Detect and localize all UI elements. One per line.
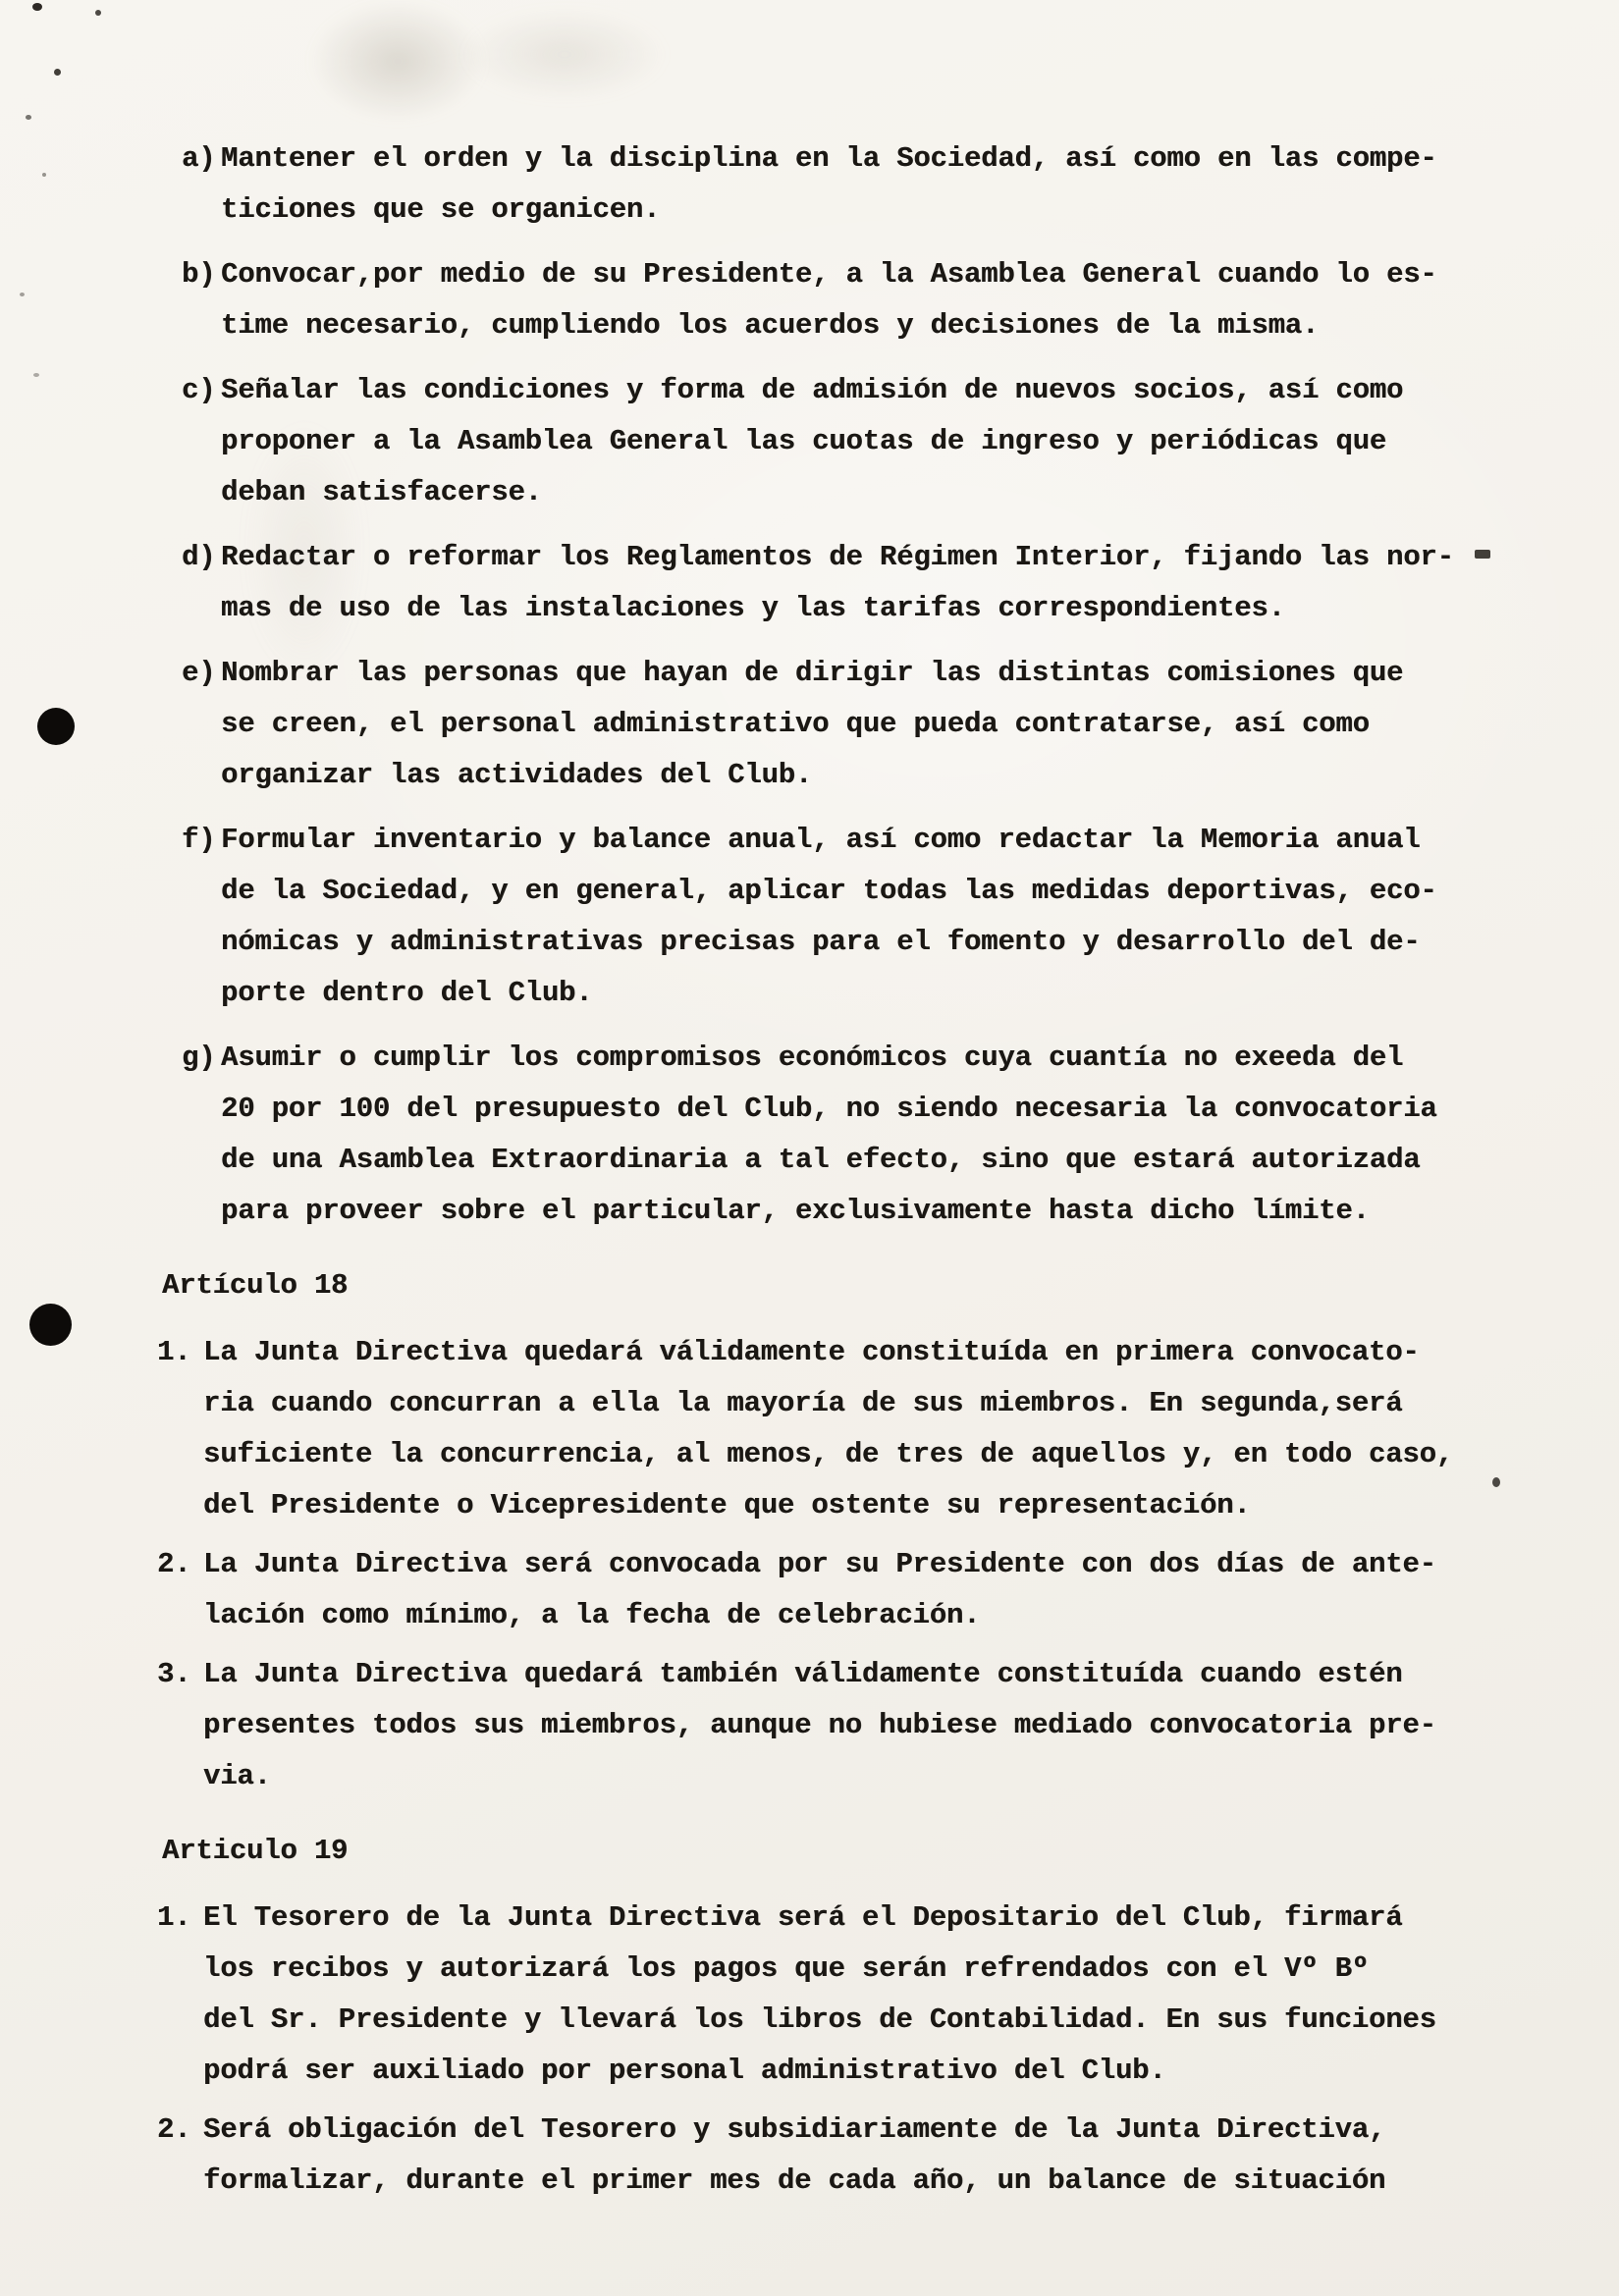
list-item: 1.La Junta Directiva quedará válidamente… xyxy=(0,1327,1619,1531)
item-label: g) xyxy=(182,1033,221,1084)
text-line: organizar las actividades del Club. xyxy=(221,750,1403,801)
text-line: formalizar, durante el primer mes de cad… xyxy=(203,2156,1385,2207)
text-line: time necesario, cumpliendo los acuerdos … xyxy=(221,300,1437,351)
list-item: 3.La Junta Directiva quedará también vál… xyxy=(0,1649,1619,1802)
list-item: e)Nombrar las personas que hayan de diri… xyxy=(0,648,1619,801)
document-page: a)Mantener el orden y la disciplina en l… xyxy=(0,0,1619,2296)
item-label: a) xyxy=(182,133,221,185)
item-label: 2. xyxy=(157,1539,203,1590)
item-label: c) xyxy=(182,365,221,416)
text-line: Asumir o cumplir los compromisos económi… xyxy=(221,1033,1437,1084)
text-line: Convocar,por medio de su Presidente, a l… xyxy=(221,249,1437,300)
item-body: Redactar o reformar los Reglamentos de R… xyxy=(221,532,1454,634)
text-line: Señalar las condiciones y forma de admis… xyxy=(221,365,1403,416)
list-item: 1.El Tesorero de la Junta Directiva será… xyxy=(0,1893,1619,2097)
text-line: los recibos y autorizará los pagos que s… xyxy=(203,1944,1436,1995)
list-item: f)Formular inventario y balance anual, a… xyxy=(0,815,1619,1019)
text-line: podrá ser auxiliado por personal adminis… xyxy=(203,2046,1436,2097)
text-line: del Sr. Presidente y llevará los libros … xyxy=(203,1995,1436,2046)
text-line: del Presidente o Vicepresidente que oste… xyxy=(203,1480,1453,1531)
text-line: La Junta Directiva quedará válidamente c… xyxy=(203,1327,1453,1378)
text-line: de una Asamblea Extraordinaria a tal efe… xyxy=(221,1135,1437,1186)
text-line: Será obligación del Tesorero y subsidiar… xyxy=(203,2105,1385,2156)
item-body: El Tesorero de la Junta Directiva será e… xyxy=(203,1893,1436,2097)
text-line: para proveer sobre el particular, exclus… xyxy=(221,1186,1437,1237)
item-label: 3. xyxy=(157,1649,203,1700)
item-label: 1. xyxy=(157,1893,203,1944)
list-item: 2.La Junta Directiva será convocada por … xyxy=(0,1539,1619,1641)
text-line: deban satisfacerse. xyxy=(221,467,1403,518)
text-line: La Junta Directiva quedará también válid… xyxy=(203,1649,1436,1700)
list-item: b)Convocar,por medio de su Presidente, a… xyxy=(0,249,1619,351)
text-line: 20 por 100 del presupuesto del Club, no … xyxy=(221,1084,1437,1135)
item-body: Mantener el orden y la disciplina en la … xyxy=(221,133,1437,236)
item-body: La Junta Directiva quedará válidamente c… xyxy=(203,1327,1453,1531)
item-label: 1. xyxy=(157,1327,203,1378)
item-body: Asumir o cumplir los compromisos económi… xyxy=(221,1033,1437,1237)
text-line: via. xyxy=(203,1751,1436,1802)
text-line: La Junta Directiva será convocada por su… xyxy=(203,1539,1436,1590)
ink-speck xyxy=(32,3,42,11)
text-line: se creen, el personal administrativo que… xyxy=(221,699,1403,750)
list-item: g)Asumir o cumplir los compromisos econó… xyxy=(0,1033,1619,1237)
item-label: d) xyxy=(182,532,221,583)
item-label: e) xyxy=(182,648,221,699)
text-line: ticiones que se organicen. xyxy=(221,185,1437,236)
ink-speck xyxy=(26,115,31,120)
text-line: Mantener el orden y la disciplina en la … xyxy=(221,133,1437,185)
text-line: porte dentro del Club. xyxy=(221,968,1437,1019)
text-line: de la Sociedad, y en general, aplicar to… xyxy=(221,866,1437,917)
item-body: La Junta Directiva quedará también válid… xyxy=(203,1649,1436,1802)
text-line: Formular inventario y balance anual, así… xyxy=(221,815,1437,866)
list-item: d)Redactar o reformar los Reglamentos de… xyxy=(0,532,1619,634)
text-line: Nombrar las personas que hayan de dirigi… xyxy=(221,648,1403,699)
text-line: presentes todos sus miembros, aunque no … xyxy=(203,1700,1436,1751)
article-heading: Articulo 19 xyxy=(0,1826,1619,1877)
text-line: proponer a la Asamblea General las cuota… xyxy=(221,416,1403,467)
item-label: 2. xyxy=(157,2105,203,2156)
item-label: b) xyxy=(182,249,221,300)
text-line: suficiente la concurrencia, al menos, de… xyxy=(203,1429,1453,1480)
ink-speck xyxy=(54,69,61,76)
article-heading: Artículo 18 xyxy=(0,1260,1619,1311)
document-content: a)Mantener el orden y la disciplina en l… xyxy=(0,133,1619,2215)
item-label: f) xyxy=(182,815,221,866)
list-item: a)Mantener el orden y la disciplina en l… xyxy=(0,133,1619,236)
item-body: La Junta Directiva será convocada por su… xyxy=(203,1539,1436,1641)
item-body: Nombrar las personas que hayan de dirigi… xyxy=(221,648,1403,801)
text-line: lación como mínimo, a la fecha de celebr… xyxy=(203,1590,1436,1641)
item-body: Será obligación del Tesorero y subsidiar… xyxy=(203,2105,1385,2207)
text-line: El Tesorero de la Junta Directiva será e… xyxy=(203,1893,1436,1944)
scan-smudge xyxy=(461,8,668,101)
text-line: nómicas y administrativas precisas para … xyxy=(221,917,1437,968)
text-line: mas de uso de las instalaciones y las ta… xyxy=(221,583,1454,634)
scan-smudge xyxy=(309,0,486,123)
list-item: c)Señalar las condiciones y forma de adm… xyxy=(0,365,1619,518)
text-line: ria cuando concurran a ella la mayoría d… xyxy=(203,1378,1453,1429)
item-body: Convocar,por medio de su Presidente, a l… xyxy=(221,249,1437,351)
text-line: Redactar o reformar los Reglamentos de R… xyxy=(221,532,1454,583)
item-body: Formular inventario y balance anual, así… xyxy=(221,815,1437,1019)
item-body: Señalar las condiciones y forma de admis… xyxy=(221,365,1403,518)
list-item: 2.Será obligación del Tesorero y subsidi… xyxy=(0,2105,1619,2207)
ink-speck xyxy=(95,10,101,16)
